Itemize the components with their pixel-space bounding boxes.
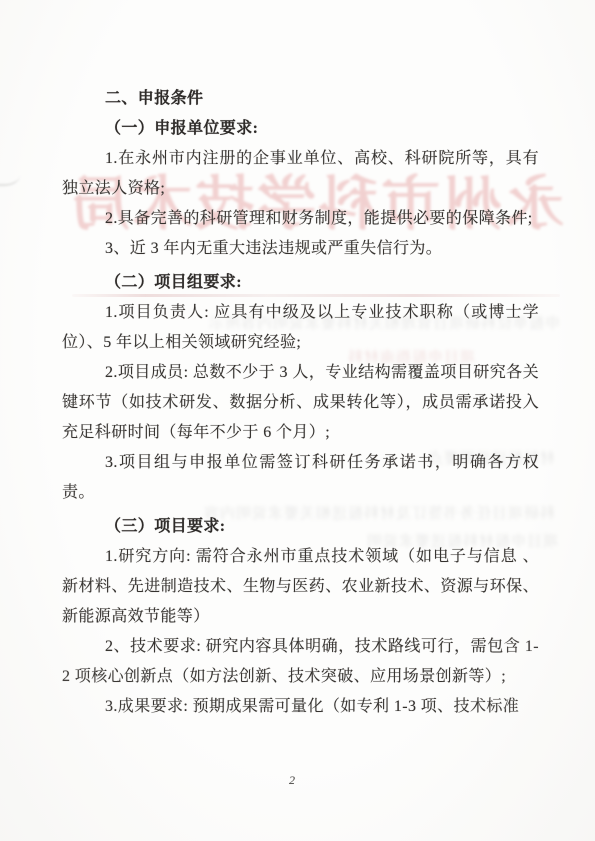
- section-heading-main: 二、申报条件: [62, 84, 539, 114]
- paragraph-team-req-2: 2.项目成员: 总数不少于 3 人，专业结构需覆盖项目研究各关键环节（如技术研发…: [62, 358, 539, 448]
- paragraph-proj-req-2: 2、技术要求: 研究内容具体明确，技术路线可行，需包含 1-2 项核心创新点（如…: [62, 632, 539, 692]
- paragraph-team-req-3: 3.项目组与申报单位需签订科研任务承诺书，明确各方权责。: [62, 448, 539, 508]
- page-number: 2: [289, 773, 295, 788]
- paragraph-proj-req-1: 1.研究方向: 需符合永州市重点技术领域（如电子与信息 、新材料、先进制造技术、…: [62, 542, 539, 632]
- paragraph-unit-req-3: 3、近 3 年内无重大违法违规或严重失信行为。: [62, 234, 539, 264]
- subsection-heading-1: （一）申报单位要求:: [62, 114, 539, 144]
- paragraph-unit-req-1: 1.在永州市内注册的企事业单位、高校、科研院所等，具有独立法人资格;: [62, 144, 539, 204]
- paragraph-team-req-1: 1.项目负责人: 应具有中级及以上专业技术职称（或博士学位）、5 年以上相关领域…: [62, 298, 539, 358]
- subsection-heading-2: （二）项目组要求:: [62, 268, 539, 298]
- scanned-document-page: 永州市科学技术局 申报单位科研项目管理相关材料要求说明内容所示 项目申报指南材料…: [0, 0, 595, 841]
- document-body: 二、申报条件 （一）申报单位要求: 1.在永州市内注册的企事业单位、高校、科研院…: [62, 84, 539, 722]
- subsection-heading-3: （三）项目要求:: [62, 512, 539, 542]
- paragraph-proj-req-3: 3.成果要求: 预期成果需可量化（如专利 1-3 项、技术标准: [62, 692, 539, 722]
- paragraph-unit-req-2: 2.具备完善的科研管理和财务制度，能提供必要的保障条件;: [62, 204, 539, 234]
- scan-edge-smudge: [0, 168, 20, 186]
